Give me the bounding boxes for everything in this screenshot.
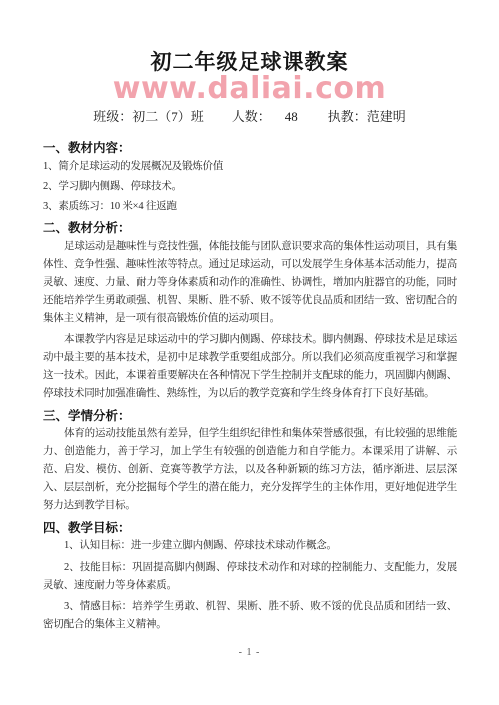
- document-title: 初二年级足球课教案: [0, 0, 499, 76]
- watermark-text: www.daliai.com: [0, 71, 499, 106]
- section-heading: 二、教材分析：: [43, 219, 457, 238]
- class-label: 班级：: [93, 109, 132, 124]
- section-material-analysis: 二、教材分析： 足球运动是趣味性与竞技性强，体能技能与团队意识要求高的集体性运动…: [43, 219, 457, 403]
- paragraph: 本课教学内容是足球运动中的学习脚内侧踢、停球技术。脚内侧踢、停球技术是足球运动中…: [43, 331, 457, 403]
- section-learning-analysis: 三、学情分析： 体育的运动技能虽然有差异，但学生组织纪律性和集体荣誉感很强，有比…: [43, 407, 457, 516]
- list-item: 1、简介足球运动的发展概况及锻炼价值: [43, 158, 457, 176]
- section-teaching-goals: 四、教学目标： 1、认知目标：进一步建立脚内侧踢、停球技术球动作概念。 2、技能…: [43, 519, 457, 635]
- goal-item: 1、认知目标：进一步建立脚内侧踢、停球技术球动作概念。: [43, 537, 457, 555]
- teacher-name: 范建明: [367, 109, 406, 124]
- goal-item: 3、情感目标：培养学生勇敢、机智、果断、胜不骄、败不馁的优良品质和团结一致、密切…: [43, 598, 457, 634]
- student-count-value: 48: [285, 109, 298, 124]
- section-heading: 一、教材内容：: [43, 139, 457, 158]
- student-count-label: 人数：: [232, 109, 271, 124]
- class-info-line: 班级：初二（7）班人数：48执教：范建明: [0, 106, 499, 125]
- document-page: 初二年级足球课教案 www.daliai.com 班级：初二（7）班人数：48执…: [0, 0, 499, 705]
- paragraph: 足球运动是趣味性与竞技性强，体能技能与团队意识要求高的集体性运动项目，具有集体性…: [43, 238, 457, 328]
- list-item: 2、学习脚内侧踢、停球技术。: [43, 178, 457, 196]
- class-value: 初二（7）班: [132, 109, 204, 124]
- teacher-label: 执教：: [328, 109, 367, 124]
- goal-item: 2、技能目标：巩固提高脚内侧踢、停球技术动作和对球的控制能力、支配能力，发展灵敏…: [43, 559, 457, 595]
- document-body: 一、教材内容： 1、简介足球运动的发展概况及锻炼价值 2、学习脚内侧踢、停球技术…: [0, 139, 499, 634]
- section-heading: 四、教学目标：: [43, 519, 457, 538]
- section-heading: 三、学情分析：: [43, 407, 457, 426]
- list-item: 3、素质练习：10 米×4 往返跑: [43, 198, 457, 216]
- paragraph: 体育的运动技能虽然有差异，但学生组织纪律性和集体荣誉感很强，有比较强的思维能力、…: [43, 425, 457, 515]
- page-number: - 1 -: [0, 647, 499, 658]
- section-teaching-content: 一、教材内容： 1、简介足球运动的发展概况及锻炼价值 2、学习脚内侧踢、停球技术…: [43, 139, 457, 216]
